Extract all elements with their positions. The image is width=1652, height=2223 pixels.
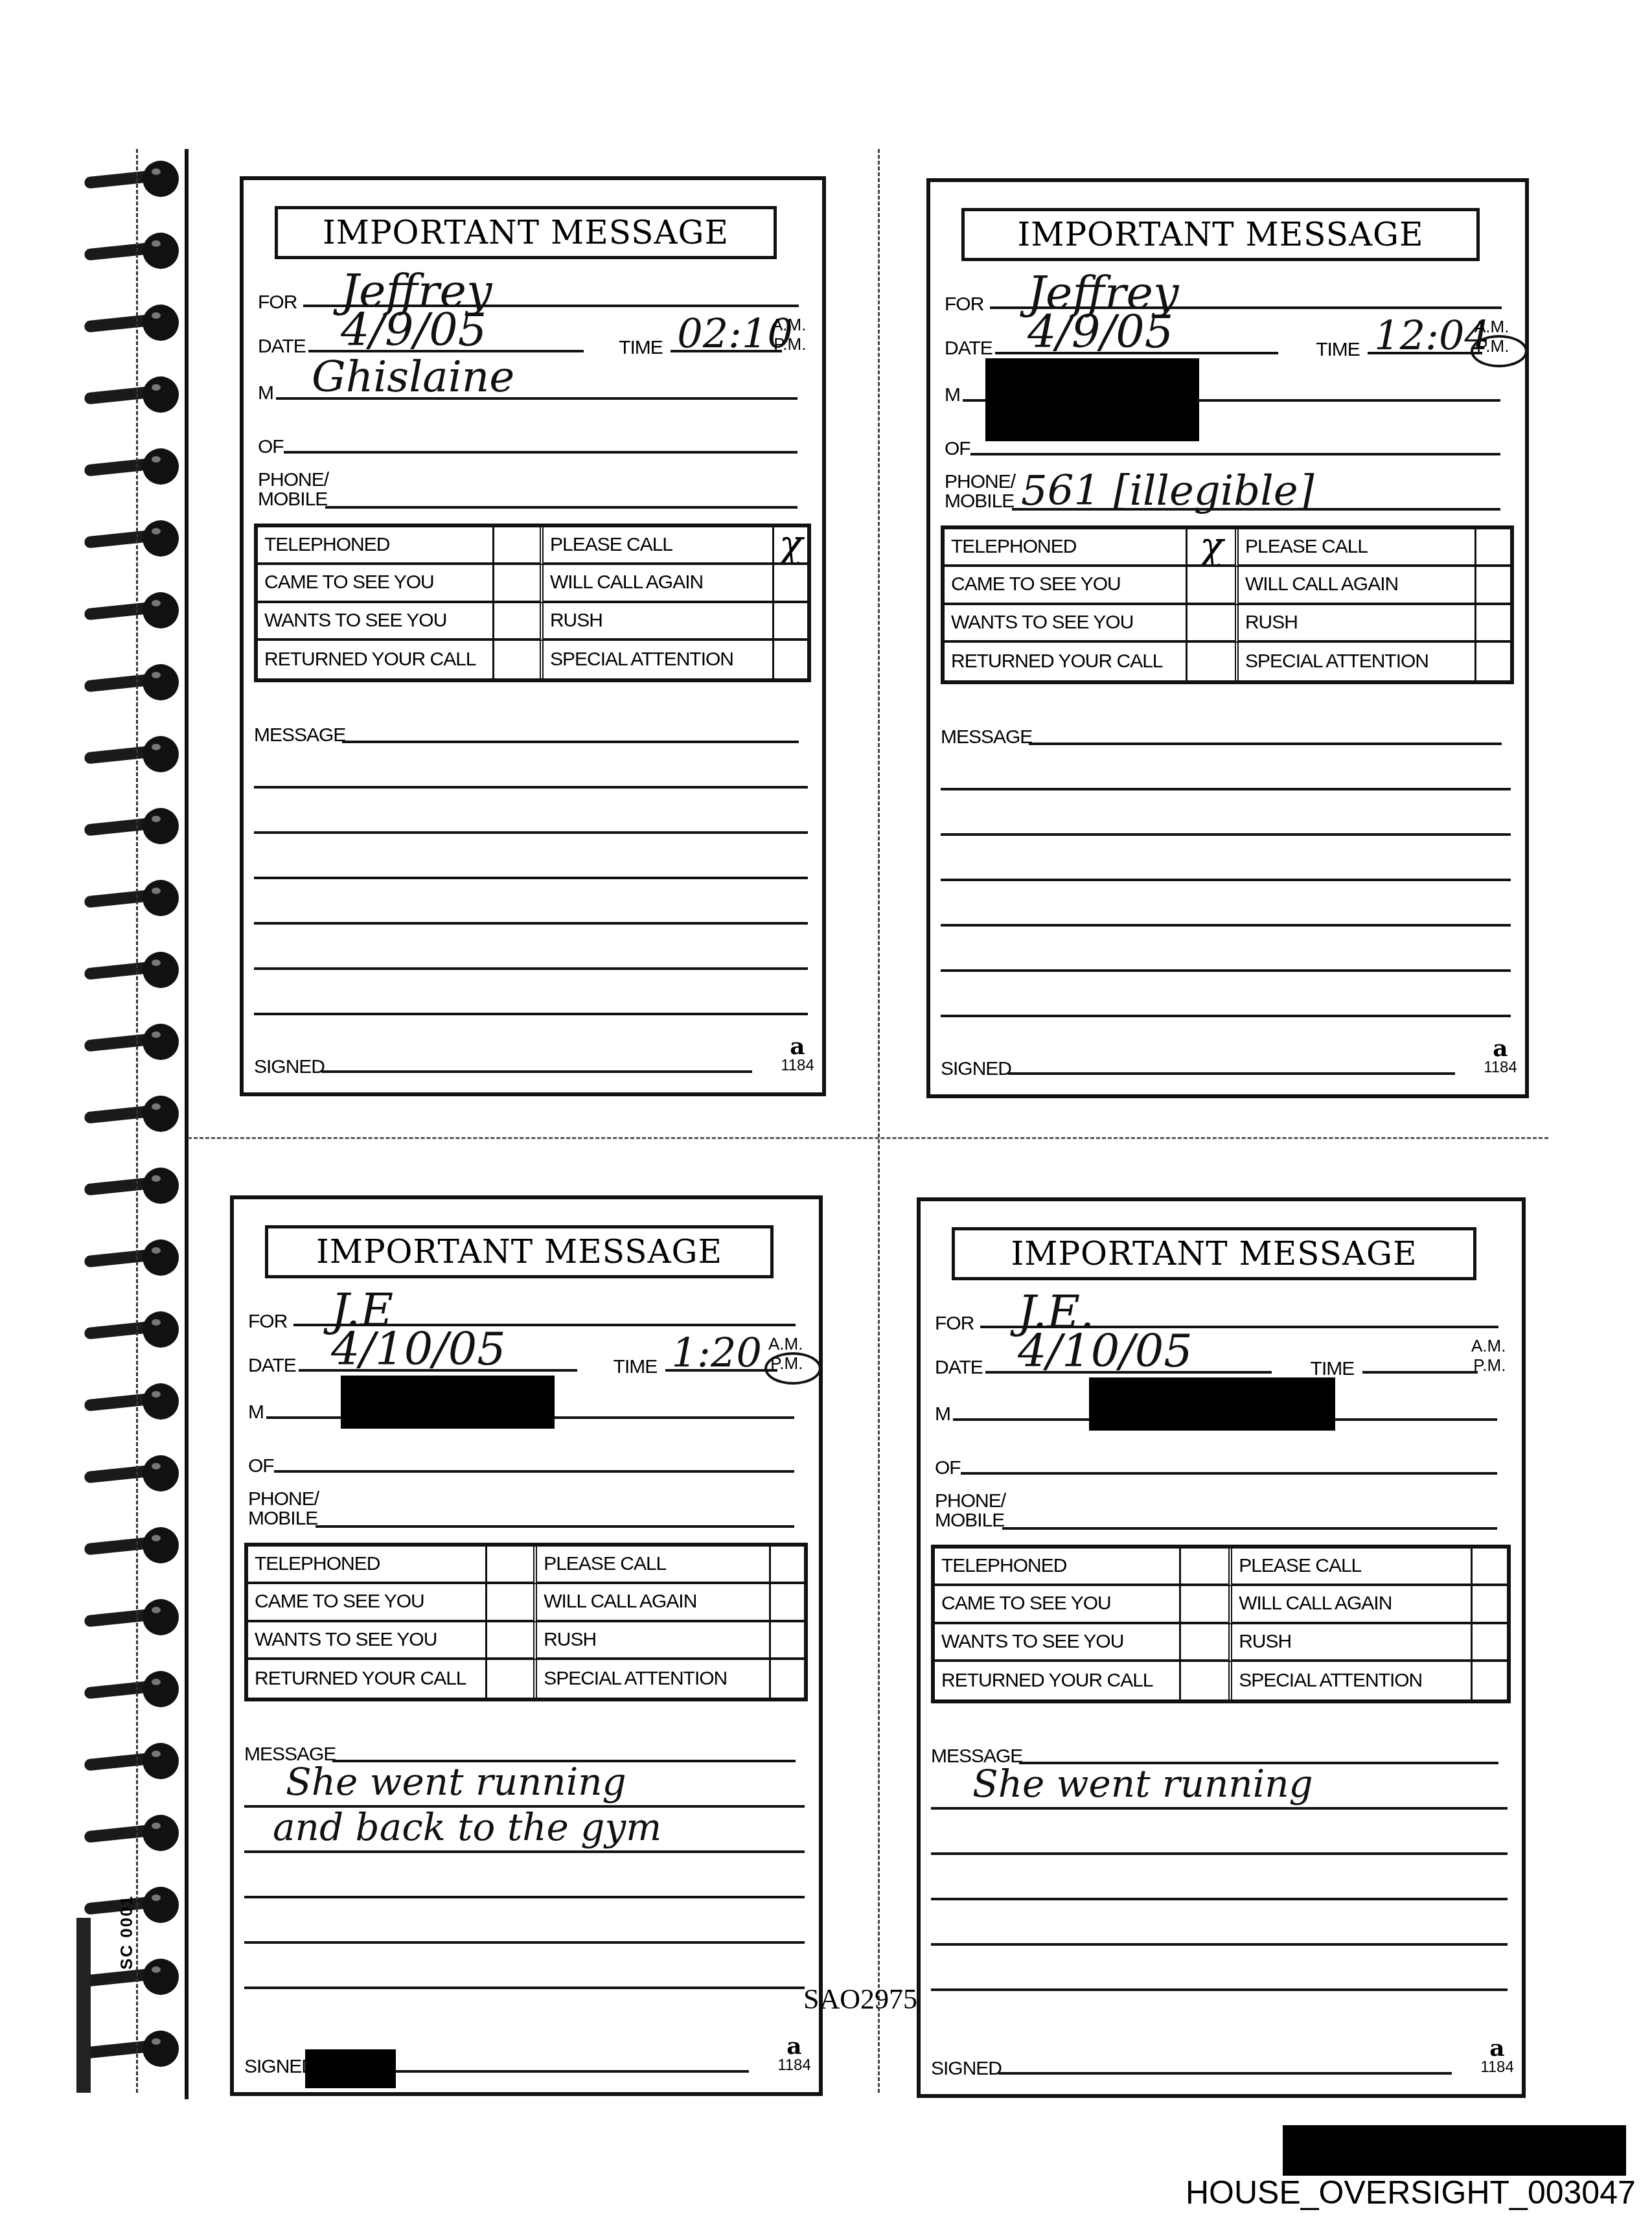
coil-ring-icon [143,1239,179,1276]
message-text: She went running [286,1760,626,1804]
date-label: DATE [258,336,306,358]
checkbox-label: WILL CALL AGAIN [544,565,774,603]
spiral-coil [71,803,188,848]
checkbox-label: SPECIAL ATTENTION [544,641,774,678]
redaction-block [305,2049,396,2088]
coil-ring-icon [143,736,179,772]
checkbox-label: CAME TO SEE YOU [935,1586,1181,1624]
checkbox-special-attention[interactable] [1473,1662,1507,1699]
coil-ring-icon [143,1024,179,1060]
spiral-coil [71,443,188,489]
message-slip-top-left: IMPORTANT MESSAGE FOR Jeffrey DATE 4/9/0… [240,176,826,1096]
checkbox-label: CAME TO SEE YOU [945,567,1187,605]
time-label: TIME [614,1356,658,1378]
checkbox-label: WILL CALL AGAIN [1239,567,1476,605]
spiral-coil [71,587,188,632]
signed-label: SIGNED [941,1058,1011,1080]
checkbox-rush[interactable] [1476,605,1510,643]
checkbox-label: RUSH [1239,605,1476,643]
date-label: DATE [248,1355,296,1377]
for-label: FOR [258,292,297,314]
spiral-coil [71,1450,188,1495]
message-rule [931,1807,1508,1810]
message-rule [931,1943,1508,1946]
spiral-coil [71,1666,188,1711]
checkbox-telephoned[interactable] [1181,1549,1232,1586]
spiral-coil [71,1378,188,1423]
time-label: TIME [619,337,663,359]
checkbox-returned-your-call[interactable] [494,641,544,678]
of-line [284,451,797,454]
adams-logo-icon: a [778,1035,817,1057]
bates-center-label: SAO2975 [803,1983,917,2016]
phone-line [325,506,797,509]
checkbox-label: RETURNED YOUR CALL [945,643,1187,680]
date-label: DATE [935,1357,983,1379]
am-pm-label: A.M. P.M. [772,315,806,354]
m-label: M [945,384,960,406]
date-value: 4/9/05 [1027,305,1173,358]
form-number: a 1184 [775,2035,814,2074]
coil-ring-icon [143,664,179,700]
message-rule [254,831,808,834]
of-line [970,453,1500,455]
adams-logo-icon: a [775,2035,814,2057]
checkbox-came-to-see-you[interactable] [1187,567,1239,605]
form-number: a 1184 [1478,2037,1517,2076]
pm-circle-mark [764,1352,821,1385]
date-value: 4/10/05 [331,1322,506,1376]
checkbox-label: SPECIAL ATTENTION [537,1660,770,1698]
checkbox-label: RETURNED YOUR CALL [248,1660,487,1698]
checkbox-special-attention[interactable] [1476,643,1510,680]
coil-ring-icon [143,1815,179,1851]
checkbox-telephoned[interactable] [487,1547,537,1584]
checkbox-please-call[interactable] [771,1547,804,1584]
checkbox-came-to-see-you[interactable] [494,565,544,603]
of-label: OF [945,438,970,460]
m-label: M [248,1401,264,1423]
spiral-coil [71,227,188,273]
spiral-coil [71,1019,188,1064]
of-label: OF [248,1455,274,1477]
coil-ring-icon [143,1311,179,1348]
checkbox-wants-to-see-you[interactable] [494,603,544,641]
message-line [342,741,799,743]
checkbox-label: RUSH [1232,1624,1473,1662]
checkbox-wants-to-see-you[interactable] [487,1622,537,1660]
message-rule [941,879,1511,881]
slip-title: IMPORTANT MESSAGE [961,208,1480,261]
checkbox-label: RETURNED YOUR CALL [935,1662,1181,1699]
coil-ring-icon [143,376,179,413]
side-code: SC 0001 [117,1895,137,1970]
checkbox-label: WILL CALL AGAIN [537,1584,770,1622]
spiral-coil [71,155,188,201]
redaction-block [1089,1377,1335,1431]
spiral-coil [71,1522,188,1567]
spiral-coil [71,1594,188,1639]
for-label: FOR [945,294,983,316]
checkbox-will-call-again[interactable] [1476,567,1510,605]
checkbox-please-call[interactable] [1473,1549,1507,1586]
checkbox-rush[interactable] [1473,1624,1507,1662]
for-label: FOR [248,1311,287,1333]
m-label: M [258,382,273,404]
coil-ring-icon [143,1671,179,1707]
checkbox-label: TELEPHONED [248,1547,487,1584]
signed-line [321,1070,752,1073]
checkbox-came-to-see-you[interactable] [487,1584,537,1622]
checkbox-returned-your-call[interactable] [1181,1662,1232,1699]
message-rule [931,1988,1508,1991]
message-rule [244,1941,805,1944]
coil-ring-icon [143,952,179,988]
coil-ring-icon [143,880,179,916]
adams-logo-icon: a [1478,2037,1517,2059]
message-rule [931,1898,1508,1900]
date-value: 4/10/05 [1018,1324,1193,1377]
signed-line [1008,1072,1455,1075]
adams-logo-icon: a [1481,1037,1520,1059]
checkbox-label: PLEASE CALL [1239,529,1476,567]
checkbox-will-call-again[interactable] [774,565,807,603]
of-label: OF [935,1457,961,1479]
coil-ring-icon [143,592,179,628]
checkbox-telephoned[interactable]: χ [1187,529,1239,567]
check-mark-icon: χ [779,527,802,565]
coil-ring-icon [143,520,179,557]
checkbox-telephoned[interactable] [494,527,544,565]
spiral-coil [71,1162,188,1208]
phone-value: 561 [illegible] [1021,467,1314,515]
message-rule [941,1015,1511,1017]
phone-label: PHONE/ MOBILE [248,1490,319,1528]
checkbox-please-call[interactable] [1476,529,1510,567]
message-slip-bottom-right: IMPORTANT MESSAGE FOR J.E. DATE 4/10/05 … [917,1197,1526,2098]
checkbox-label: SPECIAL ATTENTION [1239,643,1476,680]
bates-number: 00003973 [1440,2127,1583,2165]
checkbox-label: PLEASE CALL [537,1547,770,1584]
of-line [961,1472,1497,1475]
checkbox-label: WANTS TO SEE YOU [248,1622,487,1660]
time-value: 1:20 [672,1329,762,1376]
checkbox-label: WANTS TO SEE YOU [935,1624,1181,1662]
message-rule [254,1013,808,1015]
coil-ring-icon [143,1743,179,1779]
message-label: MESSAGE [254,724,345,746]
coil-ring-icon [143,1527,179,1563]
am-pm-label: A.M. P.M. [1471,1336,1506,1375]
message-rule [941,788,1511,790]
message-rule [244,1850,805,1853]
date-value: 4/9/05 [341,303,487,356]
spiral-coil [71,731,188,776]
signed-line [998,2072,1452,2075]
slip-title: IMPORTANT MESSAGE [265,1225,774,1278]
page-edge [185,149,189,2099]
row-perforation [188,1137,1548,1139]
signed-label: SIGNED [254,1056,325,1078]
checkbox-wants-to-see-you[interactable] [1187,605,1239,643]
spiral-coil [71,1234,188,1280]
message-slip-top-right: IMPORTANT MESSAGE FOR Jeffrey DATE 4/9/0… [926,178,1529,1098]
phone-label: PHONE/ MOBILE [945,472,1015,511]
redaction-block [985,358,1199,441]
spiral-coil [71,1810,188,1855]
message-rule [941,833,1511,836]
checkbox-label: RETURNED YOUR CALL [258,641,494,678]
spiral-binding [71,155,188,2093]
checkbox-came-to-see-you[interactable] [1181,1586,1232,1624]
spiral-coil [71,515,188,560]
phone-label: PHONE/ MOBILE [258,470,328,509]
slip-title: IMPORTANT MESSAGE [952,1227,1476,1280]
checkbox-will-call-again[interactable] [771,1584,804,1622]
coil-ring-icon [143,1455,179,1492]
coil-ring-icon [143,1887,179,1923]
checkbox-returned-your-call[interactable] [1187,643,1239,680]
status-checkbox-grid: TELEPHONEDPLEASE CALLCAME TO SEE YOUWILL… [931,1545,1511,1703]
for-label: FOR [935,1313,974,1335]
date-label: DATE [945,338,992,360]
house-oversight-id: HOUSE_OVERSIGHT_003047 [1186,2174,1636,2211]
form-number: a 1184 [778,1035,817,1074]
spiral-coil [71,875,188,920]
checkbox-label: CAME TO SEE YOU [258,565,494,603]
checkbox-rush[interactable] [774,603,807,641]
message-rule [254,877,808,879]
phone-line [315,1525,794,1528]
checkbox-label: WANTS TO SEE YOU [945,605,1187,643]
status-checkbox-grid: TELEPHONEDχPLEASE CALLCAME TO SEE YOUWIL… [941,525,1514,684]
checkbox-label: TELEPHONED [945,529,1187,567]
time-label: TIME [1316,339,1360,361]
checkbox-label: PLEASE CALL [1232,1549,1473,1586]
checkbox-label: PLEASE CALL [544,527,774,565]
coil-ring-icon [143,1383,179,1420]
m-label: M [935,1403,950,1425]
checkbox-special-attention[interactable] [771,1660,804,1698]
message-text: She went running [972,1762,1313,1806]
message-rule [941,969,1511,972]
message-line [1029,743,1502,745]
checkbox-label: WANTS TO SEE YOU [258,603,494,641]
coil-ring-icon [143,2031,179,2067]
checkbox-label: WILL CALL AGAIN [1232,1586,1473,1624]
checkbox-special-attention[interactable] [774,641,807,678]
form-number: a 1184 [1481,1037,1520,1076]
spiral-coil [71,1306,188,1352]
message-text: and back to the gym [273,1805,661,1849]
coil-ring-icon [143,808,179,844]
message-rule [931,1852,1508,1855]
message-rule [254,967,808,970]
spiral-coil [71,947,188,992]
column-perforation [878,149,880,2093]
perforation-line [136,149,138,2093]
time-label: TIME [1311,1358,1355,1380]
spiral-coil [71,1090,188,1136]
message-rule [244,1987,805,1989]
checkbox-will-call-again[interactable] [1473,1586,1507,1624]
checkbox-wants-to-see-you[interactable] [1181,1624,1232,1662]
checkbox-label: RUSH [537,1622,770,1660]
checkbox-label: TELEPHONED [935,1549,1181,1586]
message-slip-bottom-left: IMPORTANT MESSAGE FOR J.E DATE 4/10/05 T… [230,1195,823,2096]
check-mark-icon: χ [1200,529,1222,567]
message-rule [254,922,808,925]
coil-ring-icon [143,161,179,197]
coil-ring-icon [143,1599,179,1635]
checkbox-label: SPECIAL ATTENTION [1232,1662,1473,1699]
message-rule [941,924,1511,927]
status-checkbox-grid: TELEPHONEDPLEASE CALLχCAME TO SEE YOUWIL… [254,524,811,682]
time-line [1362,1371,1478,1374]
binding-edge [76,1918,91,2093]
coil-ring-icon [143,1096,179,1132]
checkbox-returned-your-call[interactable] [487,1660,537,1698]
message-rule [254,786,808,789]
checkbox-label: TELEPHONED [258,527,494,565]
coil-ring-icon [143,1168,179,1204]
spiral-coil [71,371,188,417]
spiral-coil [71,1738,188,1783]
of-line [274,1470,794,1473]
phone-line [1002,1527,1497,1530]
signed-label: SIGNED [244,2056,315,2078]
coil-ring-icon [143,305,179,341]
spiral-coil [71,299,188,345]
m-value: Ghislaine [312,352,514,402]
of-label: OF [258,436,284,458]
checkbox-please-call[interactable]: χ [774,527,807,565]
redaction-block [341,1376,555,1429]
message-rule [244,1896,805,1898]
checkbox-rush[interactable] [771,1622,804,1660]
message-label: MESSAGE [941,726,1032,748]
phone-label: PHONE/ MOBILE [935,1492,1005,1530]
coil-ring-icon [143,1959,179,1995]
slip-title: IMPORTANT MESSAGE [275,206,777,259]
status-checkbox-grid: TELEPHONEDPLEASE CALLCAME TO SEE YOUWILL… [244,1543,808,1701]
signed-label: SIGNED [931,2058,1002,2080]
spiral-coil [71,659,188,704]
checkbox-label: RUSH [544,603,774,641]
coil-ring-icon [143,233,179,269]
checkbox-label: CAME TO SEE YOU [248,1584,487,1622]
coil-ring-icon [143,448,179,485]
pm-circle-mark [1471,335,1528,367]
